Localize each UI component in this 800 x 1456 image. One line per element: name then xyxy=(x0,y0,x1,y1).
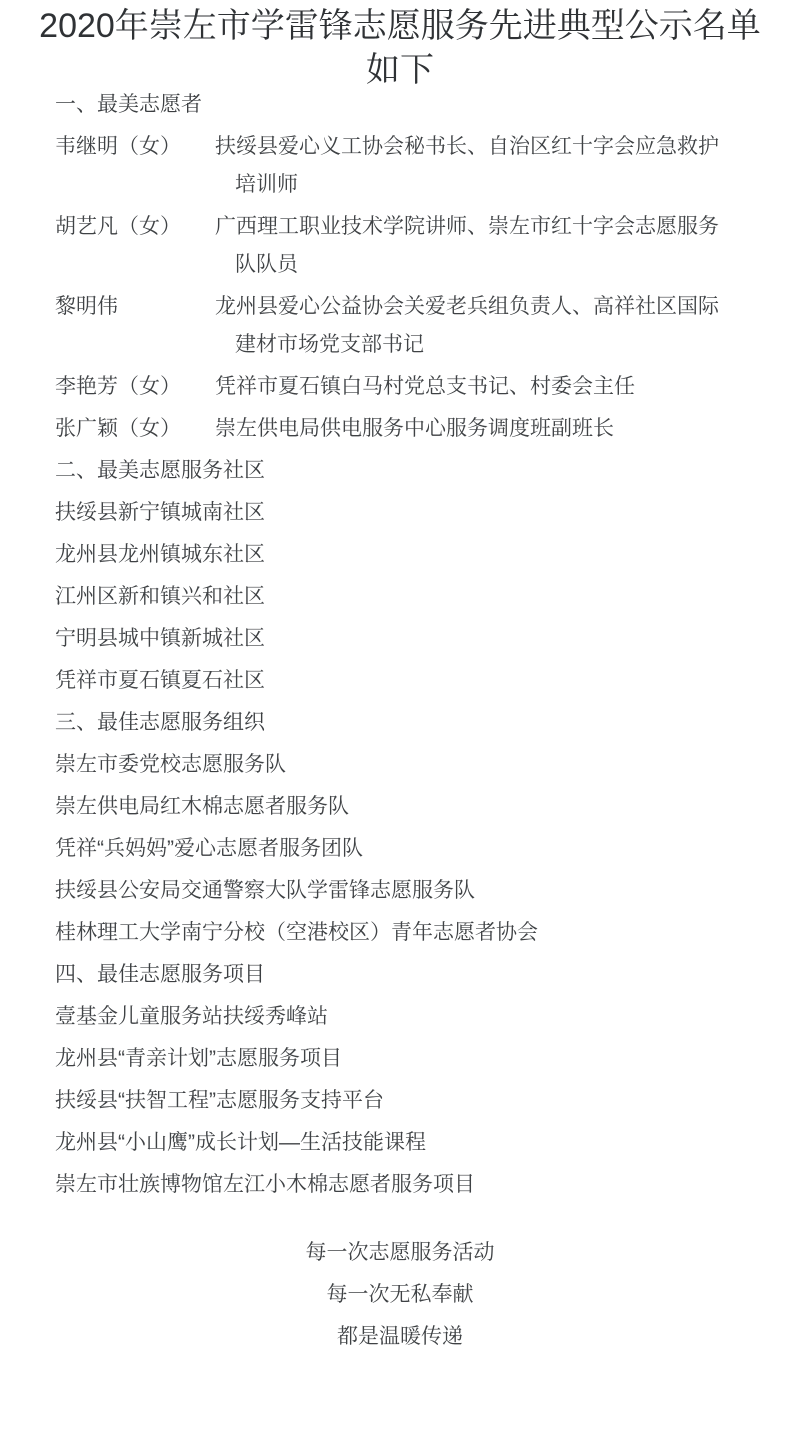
community-item: 凭祥市夏石镇夏石社区 xyxy=(55,662,755,700)
organization-item: 桂林理工大学南宁分校（空港校区）青年志愿者协会 xyxy=(55,914,755,952)
project-item: 龙州县“小山鹰”成长计划—生活技能课程 xyxy=(55,1124,755,1162)
volunteer-entry: 韦继明（女）扶绥县爱心义工协会秘书长、自治区红十字会应急救护培训师 xyxy=(55,128,755,204)
organization-item: 崇左供电局红木棉志愿者服务队 xyxy=(55,788,755,826)
volunteer-description: 龙州县爱心公益协会关爱老兵组负责人、高祥社区国际建材市场党支部书记 xyxy=(215,288,730,364)
volunteer-description: 扶绥县爱心义工协会秘书长、自治区红十字会应急救护培训师 xyxy=(215,128,730,204)
volunteer-entry: 黎明伟龙州县爱心公益协会关爱老兵组负责人、高祥社区国际建材市场党支部书记 xyxy=(55,288,755,364)
page-title: 2020年崇左市学雷锋志愿服务先进典型公示名单如下 xyxy=(30,4,770,92)
closing-line: 都是温暖传递 xyxy=(0,1318,800,1356)
organization-item: 凭祥“兵妈妈”爱心志愿者服务团队 xyxy=(55,830,755,868)
volunteer-name: 黎明伟 xyxy=(55,288,215,326)
project-item: 崇左市壮族博物馆左江小木棉志愿者服务项目 xyxy=(55,1166,755,1204)
document-page: 2020年崇左市学雷锋志愿服务先进典型公示名单如下 一、最美志愿者 韦继明（女）… xyxy=(0,4,800,1356)
closing-line: 每一次无私奉献 xyxy=(0,1276,800,1314)
project-item: 壹基金儿童服务站扶绥秀峰站 xyxy=(55,998,755,1036)
community-item: 江州区新和镇兴和社区 xyxy=(55,578,755,616)
award-list: 一、最美志愿者 韦继明（女）扶绥县爱心义工协会秘书长、自治区红十字会应急救护培训… xyxy=(0,86,800,1204)
project-item: 扶绥县“扶智工程”志愿服务支持平台 xyxy=(55,1082,755,1120)
volunteer-entry: 胡艺凡（女）广西理工职业技术学院讲师、崇左市红十字会志愿服务队队员 xyxy=(55,208,755,284)
volunteer-description: 广西理工职业技术学院讲师、崇左市红十字会志愿服务队队员 xyxy=(215,208,730,284)
closing-message: 每一次志愿服务活动 每一次无私奉献 都是温暖传递 xyxy=(0,1234,800,1356)
volunteer-entry: 李艳芳（女）凭祥市夏石镇白马村党总支书记、村委会主任 xyxy=(55,368,755,406)
closing-line: 每一次志愿服务活动 xyxy=(0,1234,800,1272)
section-heading-projects: 四、最佳志愿服务项目 xyxy=(55,956,755,994)
organization-item: 崇左市委党校志愿服务队 xyxy=(55,746,755,784)
volunteer-description: 崇左供电局供电服务中心服务调度班副班长 xyxy=(215,410,730,448)
volunteer-name: 胡艺凡（女） xyxy=(55,208,215,246)
volunteer-entry: 张广颖（女）崇左供电局供电服务中心服务调度班副班长 xyxy=(55,410,755,448)
volunteer-description: 凭祥市夏石镇白马村党总支书记、村委会主任 xyxy=(215,368,730,406)
volunteer-name: 韦继明（女） xyxy=(55,128,215,166)
organization-item: 扶绥县公安局交通警察大队学雷锋志愿服务队 xyxy=(55,872,755,910)
volunteer-name: 李艳芳（女） xyxy=(55,368,215,406)
community-item: 宁明县城中镇新城社区 xyxy=(55,620,755,658)
community-item: 扶绥县新宁镇城南社区 xyxy=(55,494,755,532)
project-item: 龙州县“青亲计划”志愿服务项目 xyxy=(55,1040,755,1078)
section-heading-communities: 二、最美志愿服务社区 xyxy=(55,452,755,490)
section-heading-organizations: 三、最佳志愿服务组织 xyxy=(55,704,755,742)
community-item: 龙州县龙州镇城东社区 xyxy=(55,536,755,574)
volunteer-name: 张广颖（女） xyxy=(55,410,215,448)
